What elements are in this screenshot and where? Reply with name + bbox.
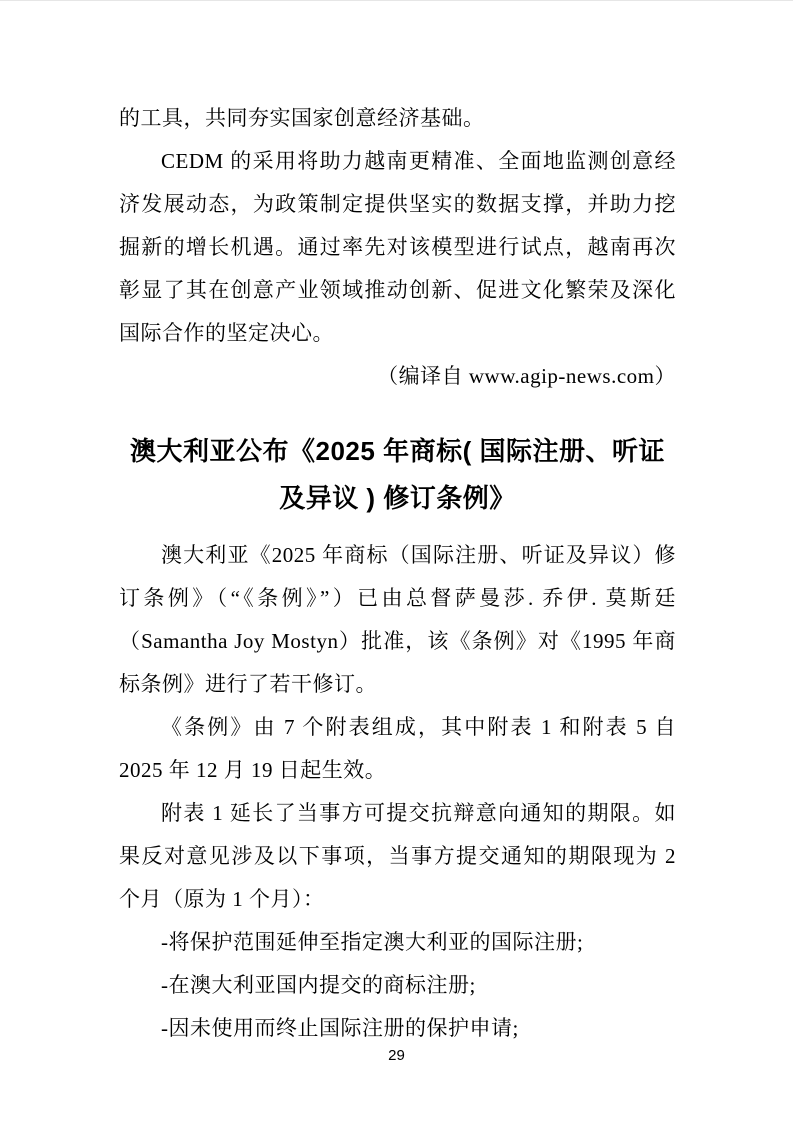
article-title: 澳大利亚公布《2025 年商标( 国际注册、听证及异议 ) 修订条例》 [119,428,676,522]
bullet-item: -将保护范围延伸至指定澳大利亚的国际注册; [119,921,676,964]
paragraph-cedm: CEDM 的采用将助力越南更精准、全面地监测创意经济发展动态，为政策制定提供坚实… [119,140,676,355]
document-page: 的工具，共同夯实国家创意经济基础。 CEDM 的采用将助力越南更精准、全面地监测… [0,0,793,1122]
text-column: 的工具，共同夯实国家创意经济基础。 CEDM 的采用将助力越南更精准、全面地监测… [119,97,676,1050]
article-paragraph: 《条例》由 7 个附表组成，其中附表 1 和附表 5 自 2025 年 12 月… [119,706,676,792]
bullet-item: -因未使用而终止国际注册的保护申请; [119,1007,676,1050]
article-paragraph: 澳大利亚《2025 年商标（国际注册、听证及异议）修订条例》（“《条例》”）已由… [119,534,676,706]
article-paragraph: 附表 1 延长了当事方可提交抗辩意向通知的期限。如果反对意见涉及以下事项，当事方… [119,792,676,921]
bullet-item: -在澳大利亚国内提交的商标注册; [119,964,676,1007]
source-attribution: （编译自 www.agip-news.com） [119,355,676,398]
paragraph-continuation: 的工具，共同夯实国家创意经济基础。 [119,97,676,140]
page-number: 29 [0,1047,793,1065]
